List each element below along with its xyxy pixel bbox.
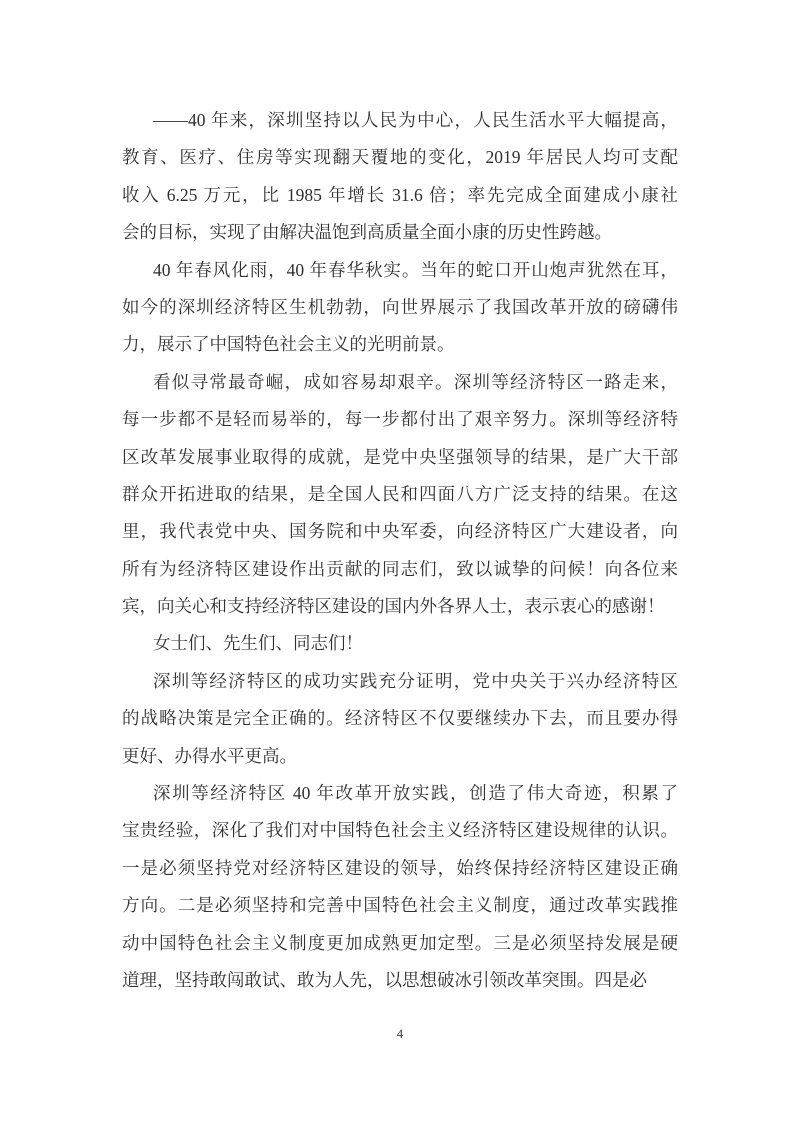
text-line: 道理，坚持敢闯敢试、敢为人先，以思想破冰引领改革突围。四是必 <box>122 962 678 999</box>
text-line: 如今的深圳经济特区生机勃勃，向世界展示了我国改革开放的磅礴伟 <box>122 289 678 326</box>
paragraph: 深圳等经济特区 40 年改革开放实践，创造了伟大奇迹，积累了宝贵经验，深化了我们… <box>122 775 678 999</box>
text-line: 宾，向关心和支持经济特区建设的国内外各界人士，表示衷心的感谢！ <box>122 588 678 625</box>
text-line: 里，我代表党中央、国务院和中央军委，向经济特区广大建设者，向 <box>122 513 678 550</box>
text-line: 教育、医疗、住房等实现翻天覆地的变化，2019 年居民人均可支配 <box>122 139 678 176</box>
text-line: 的战略决策是完全正确的。经济特区不仅要继续办下去，而且要办得 <box>122 700 678 737</box>
text-line: 收入 6.25 万元，比 1985 年增长 31.6 倍；率先完成全面建成小康社 <box>122 177 678 214</box>
paragraph: ——40 年来，深圳坚持以人民为中心，人民生活水平大幅提高，教育、医疗、住房等实… <box>122 102 678 252</box>
text-line: 40 年春风化雨，40 年春华秋实。当年的蛇口开山炮声犹然在耳， <box>122 252 678 289</box>
paragraph: 40 年春风化雨，40 年春华秋实。当年的蛇口开山炮声犹然在耳，如今的深圳经济特… <box>122 252 678 364</box>
text-line: 每一步都不是轻而易举的，每一步都付出了艰辛努力。深圳等经济特 <box>122 401 678 438</box>
text-line: 更好、办得水平更高。 <box>122 738 678 775</box>
text-line: 会的目标，实现了由解决温饱到高质量全面小康的历史性跨越。 <box>122 214 678 251</box>
page-number: 4 <box>122 1024 678 1044</box>
text-line: ——40 年来，深圳坚持以人民为中心，人民生活水平大幅提高， <box>122 102 678 139</box>
text-line: 看似寻常最奇崛，成如容易却艰辛。深圳等经济特区一路走来， <box>122 364 678 401</box>
text-line: 女士们、先生们、同志们！ <box>122 625 678 662</box>
text-line: 方向。二是必须坚持和完善中国特色社会主义制度，通过改革实践推 <box>122 887 678 924</box>
text-line: 动中国特色社会主义制度更加成熟更加定型。三是必须坚持发展是硬 <box>122 925 678 962</box>
paragraph: 深圳等经济特区的成功实践充分证明，党中央关于兴办经济特区的战略决策是完全正确的。… <box>122 663 678 775</box>
document-page: ——40 年来，深圳坚持以人民为中心，人民生活水平大幅提高，教育、医疗、住房等实… <box>0 0 793 1122</box>
paragraph: 女士们、先生们、同志们！ <box>122 625 678 662</box>
paragraph: 看似寻常最奇崛，成如容易却艰辛。深圳等经济特区一路走来，每一步都不是轻而易举的，… <box>122 364 678 626</box>
text-line: 宝贵经验，深化了我们对中国特色社会主义经济特区建设规律的认识。 <box>122 812 678 849</box>
text-line: 深圳等经济特区 40 年改革开放实践，创造了伟大奇迹，积累了 <box>122 775 678 812</box>
text-line: 区改革发展事业取得的成就，是党中央坚强领导的结果，是广大干部 <box>122 439 678 476</box>
text-line: 深圳等经济特区的成功实践充分证明，党中央关于兴办经济特区 <box>122 663 678 700</box>
text-line: 所有为经济特区建设作出贡献的同志们，致以诚挚的问候！向各位来 <box>122 551 678 588</box>
document-body: ——40 年来，深圳坚持以人民为中心，人民生活水平大幅提高，教育、医疗、住房等实… <box>122 102 678 999</box>
text-line: 一是必须坚持党对经济特区建设的领导，始终保持经济特区建设正确 <box>122 850 678 887</box>
text-line: 群众开拓进取的结果，是全国人民和四面八方广泛支持的结果。在这 <box>122 476 678 513</box>
text-line: 力，展示了中国特色社会主义的光明前景。 <box>122 326 678 363</box>
